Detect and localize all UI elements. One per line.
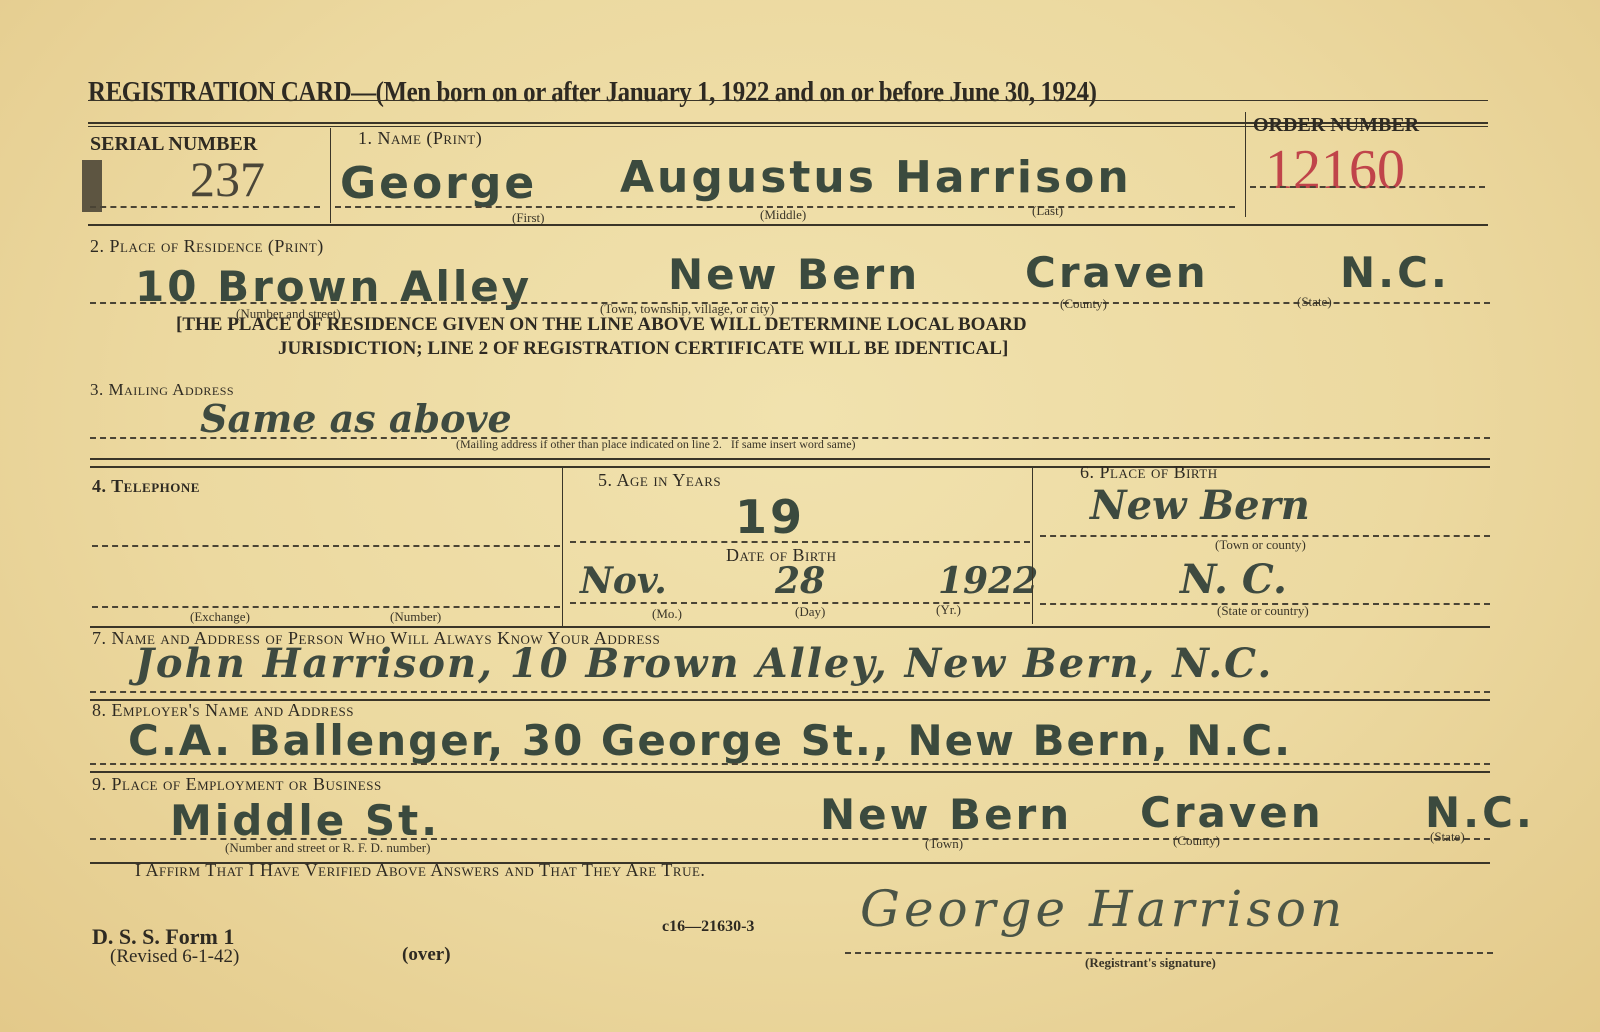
residence-notice-line2: JURISDICTION; LINE 2 OF REGISTRATION CER… bbox=[278, 338, 1008, 360]
residence-county: Craven bbox=[1025, 248, 1209, 297]
order-number-value: 12160 bbox=[1265, 138, 1405, 202]
mailing-caption: (Mailing address if other than place ind… bbox=[456, 437, 856, 452]
stamp-mark bbox=[82, 160, 102, 212]
telephone-number-caption: (Number) bbox=[390, 609, 441, 625]
employment-town: New Bern bbox=[820, 790, 1072, 839]
signature-caption: (Registrant's signature) bbox=[1085, 955, 1216, 971]
employment-state-caption: (State) bbox=[1430, 829, 1465, 845]
form-revised: (Revised 6-1-42) bbox=[110, 946, 239, 968]
telephone-label: 4. Telephone bbox=[92, 476, 200, 497]
name-label: 1. Name (Print) bbox=[358, 128, 482, 149]
name-middle: Augustus bbox=[620, 152, 877, 203]
age-label: 5. Age in Years bbox=[598, 470, 721, 491]
dob-month: Nov. bbox=[580, 560, 667, 602]
name-first: George bbox=[340, 158, 537, 209]
registrant-signature: George Harrison bbox=[860, 880, 1346, 938]
dob-year: 1922 bbox=[938, 560, 1038, 602]
employment-county: Craven bbox=[1140, 788, 1324, 837]
birthplace-town-caption: (Town or county) bbox=[1215, 537, 1306, 553]
serial-number-value: 237 bbox=[190, 150, 265, 208]
birthplace-town: New Bern bbox=[1090, 482, 1310, 529]
dob-month-caption: (Mo.) bbox=[652, 606, 682, 622]
dob-day: 28 bbox=[775, 560, 825, 602]
residence-label: 2. Place of Residence (Print) bbox=[90, 236, 324, 257]
name-last: Harrison bbox=[895, 152, 1132, 203]
residence-notice-line1: [THE PLACE OF RESIDENCE GIVEN ON THE LIN… bbox=[176, 314, 1027, 336]
order-number-label: ORDER NUMBER bbox=[1253, 114, 1419, 137]
employment-label: 9. Place of Employment or Business bbox=[92, 774, 382, 795]
dob-year-caption: (Yr.) bbox=[936, 602, 961, 618]
employment-county-caption: (County) bbox=[1173, 833, 1220, 849]
contact-value: John Harrison, 10 Brown Alley, New Bern,… bbox=[135, 640, 1273, 687]
residence-county-caption: (County) bbox=[1060, 296, 1107, 312]
birthplace-state-caption: (State or country) bbox=[1217, 603, 1309, 619]
age-value: 19 bbox=[735, 490, 805, 544]
print-code: c16—21630-3 bbox=[662, 918, 754, 936]
mailing-value: Same as above bbox=[200, 396, 512, 441]
name-middle-caption: (Middle) bbox=[760, 207, 806, 223]
employer-value: C.A. Ballenger, 30 George St., New Bern,… bbox=[128, 716, 1292, 765]
employment-town-caption: (Town) bbox=[925, 836, 963, 852]
residence-town: New Bern bbox=[668, 250, 920, 299]
over-note: (over) bbox=[402, 944, 451, 966]
telephone-exchange-caption: (Exchange) bbox=[190, 609, 250, 625]
birthplace-state: N. C. bbox=[1180, 556, 1287, 603]
dob-day-caption: (Day) bbox=[795, 604, 825, 620]
card-title: REGISTRATION CARD—(Men born on or after … bbox=[88, 76, 1097, 109]
residence-state-caption: (State) bbox=[1297, 294, 1332, 310]
name-last-caption: (Last) bbox=[1032, 203, 1063, 219]
residence-state: N.C. bbox=[1340, 248, 1450, 297]
affirmation-text: I Affirm That I Have Verified Above Answ… bbox=[135, 860, 705, 881]
employment-street-caption: (Number and street or R. F. D. number) bbox=[225, 840, 430, 856]
birthplace-label: 6. Place of Birth bbox=[1080, 462, 1218, 483]
